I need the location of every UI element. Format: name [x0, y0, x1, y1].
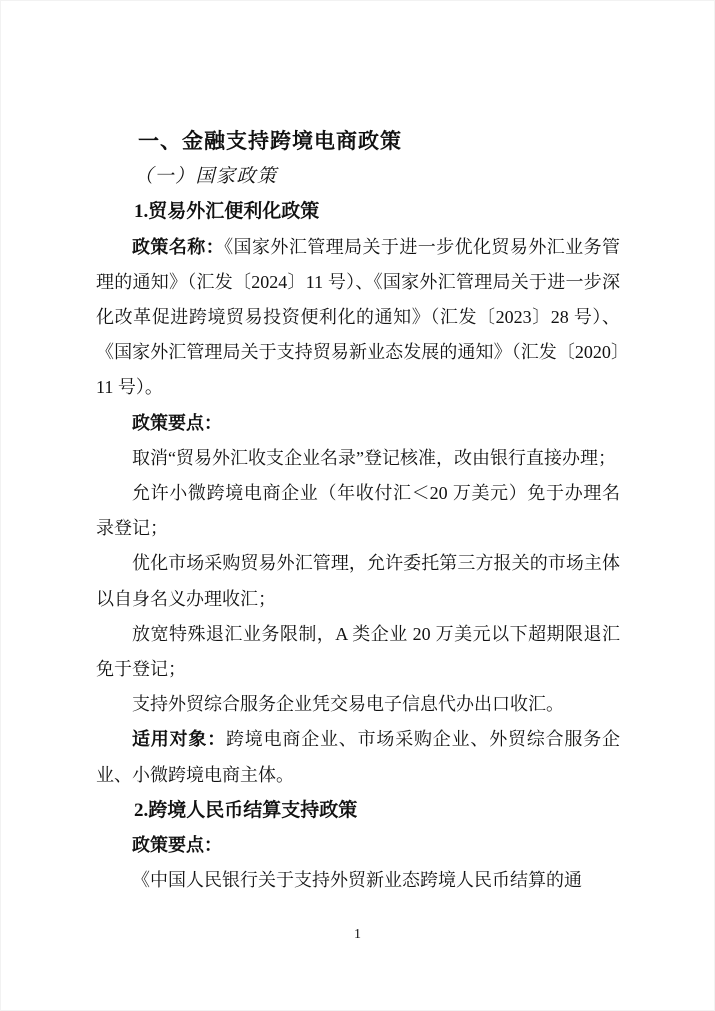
- policy1-target-label: 适用对象：: [132, 729, 226, 749]
- chapter-heading: 一、金融支持跨境电商政策: [96, 124, 620, 159]
- subsection-heading: （一）国家政策: [96, 159, 620, 194]
- policy2-title: 2.跨境人民币结算支持政策: [96, 793, 620, 828]
- policy1-point-4: 放宽特殊退汇业务限制，A 类企业 20 万美元以下超期限退汇免于登记；: [96, 617, 620, 687]
- page-number: 1: [0, 927, 715, 943]
- policy1-point-1: 取消“贸易外汇收支企业名录”登记核准，改由银行直接办理；: [96, 441, 620, 476]
- policy1-title: 1.贸易外汇便利化政策: [96, 194, 620, 229]
- policy1-point-3: 优化市场采购贸易外汇管理，允许委托第三方报关的市场主体以自身名义办理收汇；: [96, 546, 620, 616]
- policy1-name-text: 《国家外汇管理局关于进一步优化贸易外汇业务管理的通知》（汇发〔2024〕11 号…: [96, 237, 620, 398]
- policy2-points-heading: 政策要点：: [96, 828, 620, 863]
- policy2-points-label: 政策要点：: [132, 835, 222, 855]
- policy1-name-label: 政策名称：: [132, 237, 224, 257]
- policy1-points-heading: 政策要点：: [96, 406, 620, 441]
- policy1-target-paragraph: 适用对象：跨境电商企业、市场采购企业、外贸综合服务企业、小微跨境电商主体。: [96, 722, 620, 792]
- policy1-points-label: 政策要点：: [132, 413, 222, 433]
- policy2-opening-line: 《中国人民银行关于支持外贸新业态跨境人民币结算的通: [96, 863, 620, 898]
- policy1-point-5: 支持外贸综合服务企业凭交易电子信息代办出口收汇。: [96, 687, 620, 722]
- document-page: 一、金融支持跨境电商政策 （一）国家政策 1.贸易外汇便利化政策 政策名称：《国…: [0, 0, 715, 1011]
- document-content: 一、金融支持跨境电商政策 （一）国家政策 1.贸易外汇便利化政策 政策名称：《国…: [96, 124, 620, 898]
- policy1-point-2: 允许小微跨境电商企业（年收付汇＜20 万美元）免于办理名录登记；: [96, 476, 620, 546]
- policy1-name-paragraph: 政策名称：《国家外汇管理局关于进一步优化贸易外汇业务管理的通知》（汇发〔2024…: [96, 230, 620, 406]
